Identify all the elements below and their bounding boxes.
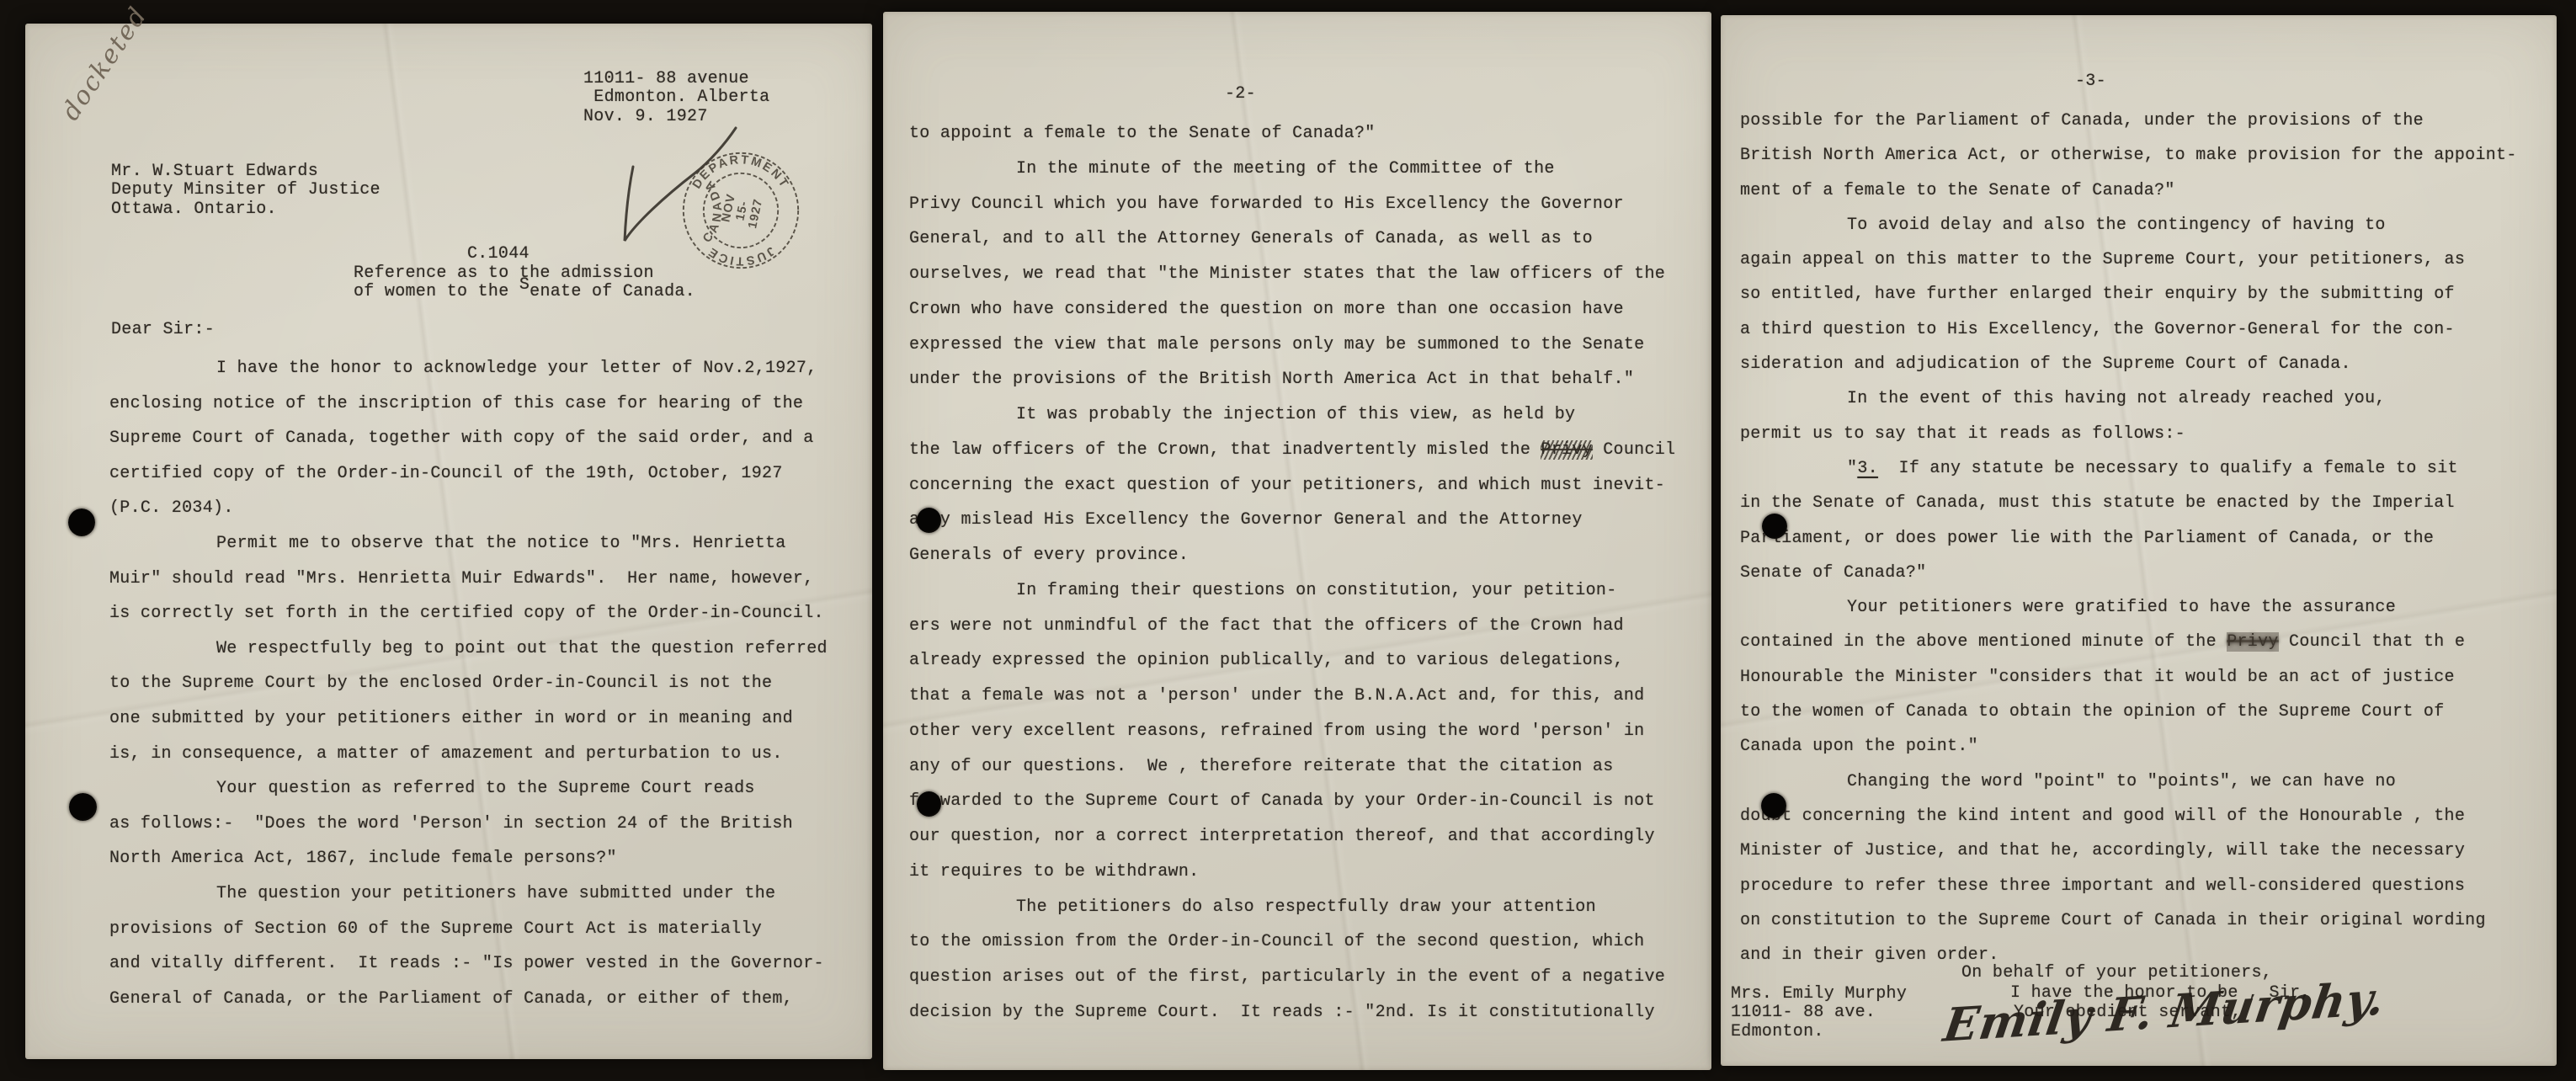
typed-line: Changing the word "point" to "points", w… bbox=[1740, 764, 2544, 799]
typed-segment: ourselves, we read that "the Minister st… bbox=[909, 264, 1665, 284]
typed-line: one submitted by your petitioners either… bbox=[109, 701, 859, 737]
typed-segment: Council bbox=[1593, 440, 1675, 460]
typed-segment: Parliament, or does power lie with the P… bbox=[1740, 529, 2434, 548]
typed-segment: In framing their questions on constituti… bbox=[1016, 581, 1617, 600]
typed-segment: 11011- 88 avenue bbox=[583, 69, 749, 88]
typed-line: as follows:- "Does the word 'Person' in … bbox=[109, 807, 859, 842]
typed-line: In framing their questions on constituti… bbox=[909, 573, 1705, 609]
typed-line: forwarded to the Supreme Court of Canada… bbox=[909, 784, 1705, 819]
typed-line: Edmonton. bbox=[1731, 1023, 1907, 1041]
typed-line: General, and to all the Attorney General… bbox=[909, 221, 1705, 257]
typed-segment: question arises out of the first, partic… bbox=[909, 967, 1665, 987]
page3-body-text: possible for the Parliament of Canada, u… bbox=[1740, 104, 2544, 972]
typed-segment: provisions of Section 60 of the Supreme … bbox=[109, 919, 762, 939]
typed-segment: North America Act, 1867, include female … bbox=[109, 849, 617, 868]
typed-line: question arises out of the first, partic… bbox=[909, 960, 1705, 995]
typed-line: Minister of Justice, and that he, accord… bbox=[1740, 833, 2544, 868]
typed-segment: sideration and adjudication of the Supre… bbox=[1740, 354, 2351, 374]
typed-line: Crown who have considered the question o… bbox=[909, 292, 1705, 327]
sender-address-block: Mrs. Emily Murphy11011- 88 ave.Edmonton. bbox=[1731, 985, 1907, 1041]
typed-segment: General, and to all the Attorney General… bbox=[909, 229, 1593, 248]
typed-segment: ers were not unmindful of the fact that … bbox=[909, 616, 1624, 636]
typed-segment: (P.C. 2034). bbox=[109, 498, 234, 518]
typed-segment: certified copy of the Order-in-Council o… bbox=[109, 464, 783, 483]
typed-segment: Canada upon the point." bbox=[1740, 737, 1978, 756]
typed-segment: The question your petitioners have submi… bbox=[216, 884, 775, 903]
handwritten-docket-annotation: docketed bbox=[56, 5, 152, 126]
typed-segment: as follows:- "Does the word 'Person' in … bbox=[109, 814, 793, 833]
typed-line: to the women of Canada to obtain the opi… bbox=[1740, 695, 2544, 729]
letter-page-3: -3- possible for the Parliament of Canad… bbox=[1721, 15, 2557, 1066]
typed-line: I have the honor to acknowledge your let… bbox=[109, 351, 859, 386]
typed-segment: is correctly set forth in the certified … bbox=[109, 604, 824, 623]
typed-segment: that a female was not a 'person' under t… bbox=[909, 686, 1644, 706]
typed-segment: Your question as referred to the Supreme… bbox=[216, 779, 755, 798]
typed-line: The question your petitioners have submi… bbox=[109, 876, 859, 912]
typed-segment: Edmonton. Alberta bbox=[583, 88, 769, 107]
typed-line: Canada upon the point." bbox=[1740, 729, 2544, 764]
typed-segment: I have the honor to acknowledge your let… bbox=[216, 359, 817, 378]
typed-line: other very excellent reasons, refrained … bbox=[909, 714, 1705, 749]
typed-segment: Nov. 9. 1927 bbox=[583, 107, 708, 126]
typed-segment: it requires to be withdrawn. bbox=[909, 862, 1199, 881]
typed-line: It was probably the injection of this vi… bbox=[909, 397, 1705, 433]
typed-segment: already expressed the opinion publically… bbox=[909, 651, 1624, 670]
typed-line: decision by the Supreme Court. It reads … bbox=[909, 995, 1705, 1030]
typed-segment: Permit me to observe that the notice to … bbox=[216, 534, 786, 553]
typed-segment: Edmonton. bbox=[1731, 1022, 1824, 1041]
closing-on-behalf: On behalf of your petitioners, bbox=[1961, 963, 2272, 982]
typed-segment: possible for the Parliament of Canada, u… bbox=[1740, 111, 2424, 130]
typed-line: Edmonton. Alberta bbox=[583, 88, 769, 107]
typed-segment: and vitally different. It reads :- "Is p… bbox=[109, 954, 824, 973]
typed-segment: In the event of this having not already … bbox=[1847, 389, 2386, 408]
return-address-block: 11011- 88 avenue Edmonton. AlbertaNov. 9… bbox=[583, 70, 769, 126]
typed-segment: permit us to say that it reads as follow… bbox=[1740, 424, 2185, 444]
typed-line: again appeal on this matter to the Supre… bbox=[1740, 242, 2544, 277]
punch-hole bbox=[1761, 793, 1786, 818]
typed-segment: General of Canada, or the Parliament of … bbox=[109, 989, 793, 1009]
typed-line: Your petitioners were gratified to have … bbox=[1740, 590, 2544, 625]
typed-line: of women to the Senate of Canada. bbox=[354, 283, 695, 301]
typed-segment: of women to the bbox=[354, 282, 519, 301]
typed-segment: " bbox=[1847, 459, 1857, 478]
typed-segment: so entitled, have further enlarged their… bbox=[1740, 285, 2455, 304]
punch-hole bbox=[917, 508, 941, 533]
typed-line: We respectfully beg to point out that th… bbox=[109, 631, 859, 667]
typed-line: ably mislead His Excellency the Governor… bbox=[909, 503, 1705, 538]
typed-segment: Muir" should read "Mrs. Henrietta Muir E… bbox=[109, 569, 814, 588]
typed-segment: Deputy Minsiter of Justice bbox=[111, 180, 381, 200]
typed-line: to appoint a female to the Senate of Can… bbox=[909, 116, 1705, 152]
typed-segment: decision by the Supreme Court. It reads … bbox=[909, 1003, 1655, 1022]
typed-line: provisions of Section 60 of the Supreme … bbox=[109, 912, 859, 947]
typed-segment: We respectfully beg to point out that th… bbox=[216, 639, 828, 658]
typed-line: in the Senate of Canada, must this statu… bbox=[1740, 486, 2544, 520]
typed-line: contained in the above mentioned minute … bbox=[1740, 625, 2544, 659]
typed-line: under the provisions of the British Nort… bbox=[909, 362, 1705, 397]
typed-segment: Mrs. Emily Murphy bbox=[1731, 984, 1907, 1004]
typed-line: sideration and adjudication of the Supre… bbox=[1740, 347, 2544, 381]
typed-line: ment of a female to the Senate of Canada… bbox=[1740, 173, 2544, 208]
typed-segment: is, in consequence, a matter of amazemen… bbox=[109, 744, 783, 764]
scanned-letter-screenshot: { "page1": { "annotation": "docketed", "… bbox=[0, 0, 2576, 1081]
typed-segment: Minister of Justice, and that he, accord… bbox=[1740, 841, 2465, 860]
typed-line: a third question to His Excellency, the … bbox=[1740, 312, 2544, 347]
typed-line: Your question as referred to the Supreme… bbox=[109, 771, 859, 807]
typed-segment: Senate of Canada?" bbox=[1740, 563, 1926, 583]
typed-line: "3. If any statute be necessary to quali… bbox=[1740, 451, 2544, 486]
typed-segment: to appoint a female to the Senate of Can… bbox=[909, 124, 1376, 143]
typed-segment: It was probably the injection of this vi… bbox=[1016, 405, 1575, 424]
typed-segment: a third question to His Excellency, the … bbox=[1740, 320, 2455, 339]
typed-segment: the law officers of the Crown, that inad… bbox=[909, 440, 1541, 460]
typed-segment: ably mislead His Excellency the Governor… bbox=[909, 510, 1583, 530]
typed-segment-underline: 3. bbox=[1857, 459, 1878, 478]
typed-segment: British North America Act, or otherwise,… bbox=[1740, 146, 2517, 165]
typed-segment: Crown who have considered the question o… bbox=[909, 300, 1624, 319]
typed-line: permit us to say that it reads as follow… bbox=[1740, 417, 2544, 451]
typed-segment: The petitioners do also respectfully dra… bbox=[1016, 897, 1596, 917]
typed-segment: contained in the above mentioned minute … bbox=[1740, 632, 2227, 652]
typed-line: so entitled, have further enlarged their… bbox=[1740, 277, 2544, 312]
typed-line: The petitioners do also respectfully dra… bbox=[909, 890, 1705, 925]
typed-segment: to the omission from the Order-in-Counci… bbox=[909, 932, 1644, 951]
typed-line: any of our questions. We , therefore rei… bbox=[909, 749, 1705, 785]
typed-segment: and in their given order. bbox=[1740, 945, 1999, 965]
typed-line: In the minute of the meeting of the Comm… bbox=[909, 152, 1705, 187]
typed-line: it requires to be withdrawn. bbox=[909, 855, 1705, 890]
typed-segment: In the minute of the meeting of the Comm… bbox=[1016, 159, 1555, 178]
typed-line: and vitally different. It reads :- "Is p… bbox=[109, 946, 859, 982]
typed-line: 11011- 88 ave. bbox=[1731, 1004, 1907, 1022]
typed-line: Muir" should read "Mrs. Henrietta Muir E… bbox=[109, 562, 859, 597]
typed-segment: Privy Council which you have forwarded t… bbox=[909, 194, 1624, 214]
typed-line: is, in consequence, a matter of amazemen… bbox=[109, 737, 859, 772]
typed-line: 11011- 88 avenue bbox=[583, 70, 769, 88]
stamp-date: NOV 15- 1927 bbox=[719, 192, 765, 230]
typed-segment: in the Senate of Canada, must this statu… bbox=[1740, 493, 2455, 513]
typed-line: To avoid delay and also the contingency … bbox=[1740, 208, 2544, 242]
typed-segment: again appeal on this matter to the Supre… bbox=[1740, 250, 2465, 269]
typed-line: Supreme Court of Canada, together with c… bbox=[109, 421, 859, 456]
typed-line: Nov. 9. 1927 bbox=[583, 108, 769, 126]
typed-segment: Generals of every province. bbox=[909, 546, 1189, 565]
typed-segment: to the women of Canada to obtain the opi… bbox=[1740, 702, 2445, 722]
typed-segment: enclosing notice of the inscription of t… bbox=[109, 394, 803, 413]
typed-line: that a female was not a 'person' under t… bbox=[909, 679, 1705, 714]
punch-hole bbox=[69, 793, 97, 821]
page2-body-text: to appoint a female to the Senate of Can… bbox=[909, 116, 1705, 1030]
department-of-justice-stamp: DEPARTMENT JUSTICE CANADA NOV 15- 1927 bbox=[680, 150, 801, 271]
typed-segment: Honourable the Minister "considers that … bbox=[1740, 668, 2455, 687]
file-number: C.1044 bbox=[467, 244, 530, 264]
typed-line: Ottawa. Ontario. bbox=[111, 200, 381, 219]
typed-line: Deputy Minsiter of Justice bbox=[111, 181, 381, 200]
typed-segment: Ottawa. Ontario. bbox=[111, 200, 277, 219]
punch-hole bbox=[1762, 514, 1787, 539]
typed-line: doubt concerning the kind intent and goo… bbox=[1740, 799, 2544, 833]
typed-segment: on constitution to the Supreme Court of … bbox=[1740, 911, 2486, 930]
typed-segment: to the Supreme Court by the enclosed Ord… bbox=[109, 674, 772, 693]
typed-segment: procedure to refer these three important… bbox=[1740, 876, 2465, 896]
typed-line: certified copy of the Order-in-Council o… bbox=[109, 456, 859, 492]
typed-line: to the Supreme Court by the enclosed Ord… bbox=[109, 666, 859, 701]
typed-segment: Reference as to the admission bbox=[354, 264, 654, 283]
typed-segment: Your petitioners were gratified to have … bbox=[1847, 598, 2396, 617]
typed-line: on constitution to the Supreme Court of … bbox=[1740, 903, 2544, 938]
punch-hole bbox=[68, 509, 95, 536]
typed-segment-struck2: Privy bbox=[2227, 632, 2279, 652]
typed-segment: If any statute be necessary to qualify a… bbox=[1878, 459, 2458, 478]
typed-line: possible for the Parliament of Canada, u… bbox=[1740, 104, 2544, 138]
typed-segment: enate of Canada. bbox=[530, 282, 695, 301]
typed-line: our question, nor a correct interpretati… bbox=[909, 819, 1705, 855]
typed-segment: doubt concerning the kind intent and goo… bbox=[1740, 807, 2465, 826]
typed-segment: our question, nor a correct interpretati… bbox=[909, 827, 1655, 846]
typed-segment: Supreme Court of Canada, together with c… bbox=[109, 429, 814, 448]
typed-segment: expressed the view that male persons onl… bbox=[909, 335, 1644, 354]
typed-segment: To avoid delay and also the contingency … bbox=[1847, 216, 2386, 235]
typed-line: ourselves, we read that "the Minister st… bbox=[909, 257, 1705, 292]
typed-segment: Mr. W.Stuart Edwards bbox=[111, 162, 318, 181]
typed-line: Parliament, or does power lie with the P… bbox=[1740, 521, 2544, 556]
typed-line: Honourable the Minister "considers that … bbox=[1740, 660, 2544, 695]
typed-line: enclosing notice of the inscription of t… bbox=[109, 386, 859, 422]
typed-line: Permit me to observe that the notice to … bbox=[109, 526, 859, 562]
letter-page-2: -2- to appoint a female to the Senate of… bbox=[883, 12, 1711, 1070]
typed-line: procedure to refer these three important… bbox=[1740, 869, 2544, 903]
typed-segment-sup: S bbox=[519, 275, 530, 295]
typed-segment: other very excellent reasons, refrained … bbox=[909, 722, 1644, 741]
typed-line: ers were not unmindful of the fact that … bbox=[909, 609, 1705, 644]
typed-line: Privy Council which you have forwarded t… bbox=[909, 187, 1705, 222]
typed-line: Mrs. Emily Murphy bbox=[1731, 985, 1907, 1004]
typed-line: General of Canada, or the Parliament of … bbox=[109, 982, 859, 1017]
letter-page-1: docketed 11011- 88 avenue Edmonton. Albe… bbox=[25, 24, 872, 1059]
typed-line: expressed the view that male persons onl… bbox=[909, 327, 1705, 363]
salutation: Dear Sir:- bbox=[111, 320, 215, 339]
typed-line: Senate of Canada?" bbox=[1740, 556, 2544, 590]
typed-line: to the omission from the Order-in-Counci… bbox=[909, 924, 1705, 960]
page-number: -2- bbox=[1225, 84, 1256, 104]
typed-segment: 11011- 88 ave. bbox=[1731, 1003, 1876, 1022]
typed-line: already expressed the opinion publically… bbox=[909, 643, 1705, 679]
typed-segment: one submitted by your petitioners either… bbox=[109, 709, 793, 728]
typed-line: (P.C. 2034). bbox=[109, 491, 859, 526]
typed-line: In the event of this having not already … bbox=[1740, 381, 2544, 416]
typed-segment: under the provisions of the British Nort… bbox=[909, 370, 1634, 389]
typed-line: concerning the exact question of your pe… bbox=[909, 468, 1705, 503]
page-number: -3- bbox=[2075, 72, 2106, 91]
typed-line: Generals of every province. bbox=[909, 538, 1705, 573]
typed-line: British North America Act, or otherwise,… bbox=[1740, 138, 2544, 173]
typed-segment: Changing the word "point" to "points", w… bbox=[1847, 772, 2396, 791]
typed-segment-struck: Privy bbox=[1541, 440, 1593, 460]
typed-segment: ment of a female to the Senate of Canada… bbox=[1740, 181, 2175, 200]
typed-line: North America Act, 1867, include female … bbox=[109, 841, 859, 876]
page1-body-text: I have the honor to acknowledge your let… bbox=[109, 351, 859, 1016]
typed-line: is correctly set forth in the certified … bbox=[109, 596, 859, 631]
typed-line: the law officers of the Crown, that inad… bbox=[909, 433, 1705, 468]
recipient-address-block: Mr. W.Stuart EdwardsDeputy Minsiter of J… bbox=[111, 162, 381, 219]
typed-segment: any of our questions. We , therefore rei… bbox=[909, 757, 1614, 776]
typed-segment: concerning the exact question of your pe… bbox=[909, 476, 1665, 495]
typed-line: Mr. W.Stuart Edwards bbox=[111, 162, 381, 181]
subject-block: Reference as to the admissionof women to… bbox=[354, 264, 695, 302]
typed-segment: forwarded to the Supreme Court of Canada… bbox=[909, 791, 1655, 811]
punch-hole bbox=[917, 791, 941, 817]
typed-segment: Council that th e bbox=[2279, 632, 2465, 652]
